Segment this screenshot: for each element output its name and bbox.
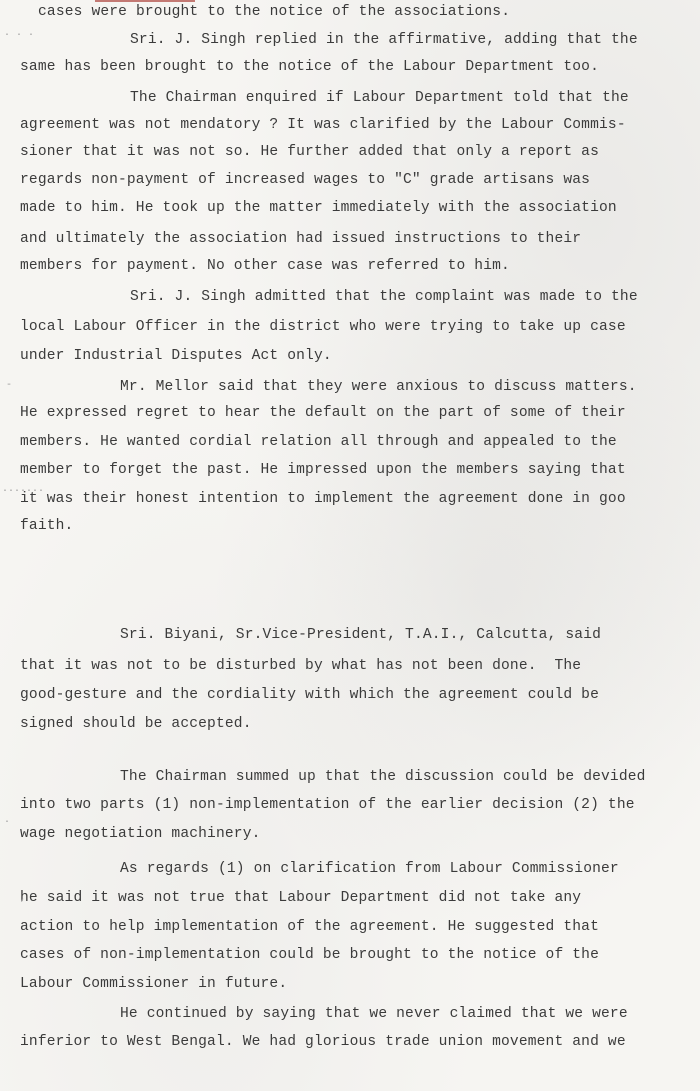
text-line: he said it was not true that Labour Depa… [20, 889, 581, 907]
text-line: wage negotiation machinery. [20, 825, 261, 843]
text-line: that it was not to be disturbed by what … [20, 657, 581, 675]
text-line: inferior to West Bengal. We had glorious… [20, 1033, 626, 1051]
text-line: cases of non-implementation could be bro… [20, 946, 599, 964]
text-line: into two parts (1) non-implementation of… [20, 796, 635, 814]
text-line: members for payment. No other case was r… [20, 257, 510, 275]
margin-speck: . . . [4, 28, 34, 39]
text-line: member to forget the past. He impressed … [20, 461, 626, 479]
text-line: cases were brought to the notice of the … [38, 3, 510, 21]
red-edge-mark [95, 0, 195, 2]
text-line: He continued by saying that we never cla… [120, 1005, 628, 1023]
text-line: it was their honest intention to impleme… [20, 490, 626, 508]
text-line: The Chairman enquired if Labour Departme… [130, 89, 629, 107]
text-line: faith. [20, 517, 73, 535]
text-line: Labour Commissioner in future. [20, 975, 287, 993]
text-line: As regards (1) on clarification from Lab… [120, 860, 619, 878]
text-line: same has been brought to the notice of t… [20, 58, 599, 76]
text-line: under Industrial Disputes Act only. [20, 347, 332, 365]
text-line: sioner that it was not so. He further ad… [20, 143, 599, 161]
text-line: agreement was not mendatory ? It was cla… [20, 116, 626, 134]
margin-speck: ....... [2, 484, 44, 495]
text-line: signed should be accepted. [20, 715, 252, 733]
text-line: Sri. Biyani, Sr.Vice-President, T.A.I., … [120, 626, 601, 644]
margin-speck: . [4, 815, 10, 826]
text-line: The Chairman summed up that the discussi… [120, 768, 646, 786]
text-line: good-gesture and the cordiality with whi… [20, 686, 599, 704]
text-line: Mr. Mellor said that they were anxious t… [120, 378, 637, 396]
margin-speck: , [20, 893, 26, 904]
text-line: regards non-payment of increased wages t… [20, 171, 590, 189]
text-line: action to help implementation of the agr… [20, 918, 599, 936]
text-line: Sri. J. Singh replied in the affirmative… [130, 31, 638, 49]
text-line: made to him. He took up the matter immed… [20, 199, 617, 217]
text-line: Sri. J. Singh admitted that the complain… [130, 288, 638, 306]
text-line: He expressed regret to hear the default … [20, 404, 626, 422]
text-line: members. He wanted cordial relation all … [20, 433, 617, 451]
margin-speck: - [6, 380, 12, 391]
text-line: and ultimately the association had issue… [20, 230, 581, 248]
scanned-document-page: cases were brought to the notice of the … [0, 0, 700, 1091]
text-line: local Labour Officer in the district who… [20, 318, 626, 336]
